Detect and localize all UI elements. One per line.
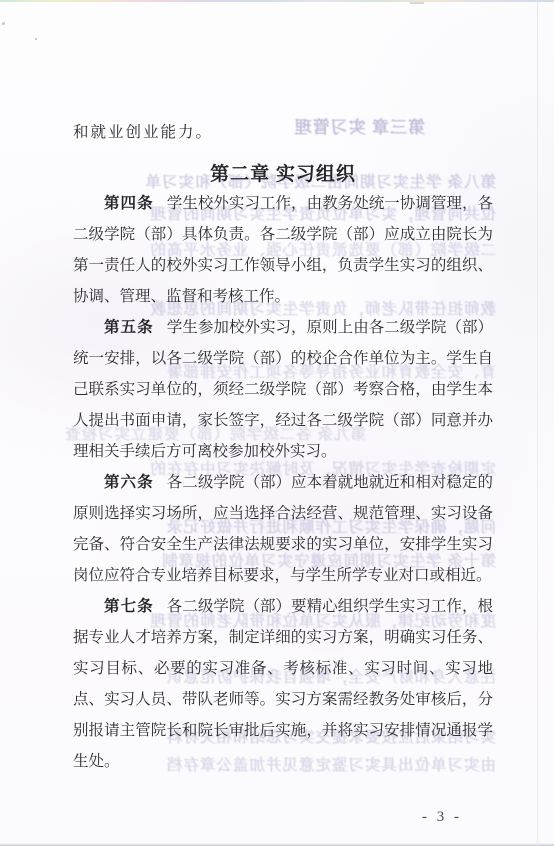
scanned-document-page: 第三章 实习管理 第八条 学生实习期间由二级学院（部）和实习单 位共同管理，实习… bbox=[0, 0, 554, 846]
article-number: 第四条 bbox=[104, 195, 154, 212]
article-number: 第七条 bbox=[104, 598, 154, 615]
article-number: 第六条 bbox=[104, 474, 154, 491]
paper-corner-crease bbox=[547, 0, 554, 117]
carryover-paragraph-line: 和就业创业能力。 bbox=[73, 0, 493, 148]
scan-speck bbox=[2, 22, 5, 25]
chapter-heading: 第二章 实习组织 bbox=[73, 162, 493, 188]
article-paragraph-6: 第六条各二级学院（部）应本着就地就近和相对稳定的原则选择实习场所，应当选择合法经… bbox=[73, 467, 493, 591]
scan-speck bbox=[35, 38, 37, 40]
paper-right-crease bbox=[537, 0, 538, 846]
article-text: 学生参加校外实习，原则上由各二级学院（部）统一安排，以各二级学院（部）的校企合作… bbox=[73, 319, 493, 460]
page-number: - 3 - bbox=[422, 809, 462, 826]
document-body: 和就业创业能力。 第二章 实习组织 第四条学生校外实习工作，由教务处统一协调管理… bbox=[73, 0, 493, 777]
article-paragraph-7: 第七条各二级学院（部）要精心组织学生实习工作，根据专业人才培养方案，制定详细的实… bbox=[73, 591, 493, 777]
article-text: 各二级学院（部）要精心组织学生实习工作，根据专业人才培养方案，制定详细的实习方案… bbox=[73, 598, 493, 770]
article-paragraph-4: 第四条学生校外实习工作，由教务处统一协调管理，各二级学院（部）具体负责。各二级学… bbox=[73, 188, 493, 312]
article-number: 第五条 bbox=[104, 319, 154, 336]
article-paragraph-5: 第五条学生参加校外实习，原则上由各二级学院（部）统一安排，以各二级学院（部）的校… bbox=[73, 312, 493, 467]
